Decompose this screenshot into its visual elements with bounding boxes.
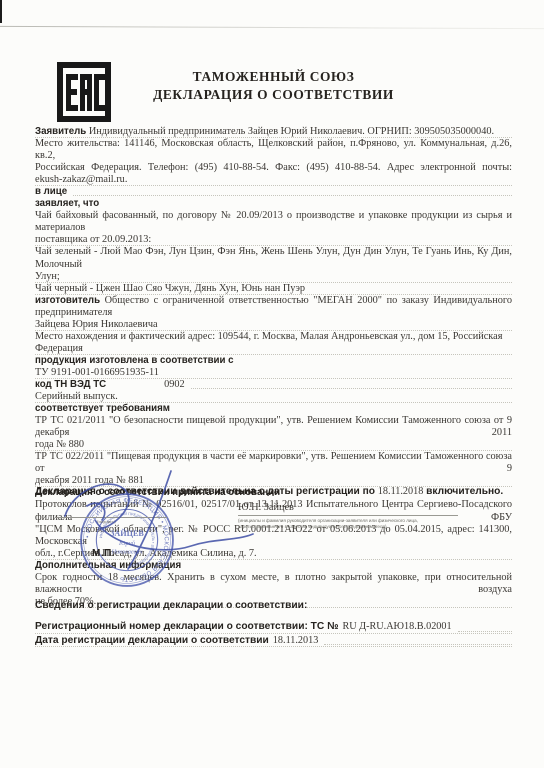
applicant-label: Заявитель [35, 126, 86, 137]
tr2-line: ТР ТС 022/2011 "Пищевая продукция в част… [35, 451, 512, 475]
tu-row: ТУ 9191-001-0166951935-11 [35, 367, 512, 379]
tr1-paragraph: ТР ТС 021/2011 "О безопасности пищевой п… [35, 415, 512, 451]
round-stamp: • РОССИЙСКАЯ ФЕДЕРАЦИЯ • МОСКОВСКАЯ ОБЛА… [78, 491, 176, 589]
dotted-fill-line [458, 631, 512, 632]
residence-paragraph: Место жительства: 141146, Московская обл… [35, 138, 512, 186]
manufacturer-label: изготовитель [35, 295, 100, 306]
stamp-center-surname: ЗАЙЦЕВ [110, 529, 144, 538]
black-tea-row: Чай черный - Цжен Шао Сяо Чжун, Дянь Хун… [35, 283, 512, 295]
location-row: Место нахождения и фактический адрес: 10… [35, 331, 512, 355]
signatory-name: Ю.Н. Зайцев [238, 502, 458, 513]
product-line: Чай байховый фасованный, по договору № 2… [35, 210, 512, 234]
document-title: ТАМОЖЕННЫЙ СОЮЗ ДЕКЛАРАЦИЯ О СООТВЕТСТВИ… [35, 68, 512, 103]
serial-row: Серийный выпуск. [35, 391, 512, 403]
declares-label: заявляет, что [35, 198, 99, 209]
manufacturer-line: изготовитель Общество с ограниченной отв… [35, 295, 512, 319]
signatory-block: Ю.Н. Зайцев (инициалы и фамилия руководи… [238, 502, 458, 529]
conforms-label: соответствует требованиям [35, 403, 170, 414]
title-line-declaration: ДЕКЛАРАЦИЯ О СООТВЕТСТВИИ [35, 86, 512, 104]
tr1-line: года № 880 [35, 439, 512, 451]
dotted-fill-line [73, 195, 512, 196]
scan-artifact-corner [0, 0, 2, 23]
black-tea-value: Чай черный - Цжен Шао Сяо Чжун, Дянь Хун… [35, 283, 305, 294]
manufacturer-paragraph: изготовитель Общество с ограниченной отв… [35, 295, 512, 331]
residence-line: Российская Федерация. Телефон: (495) 410… [35, 162, 512, 174]
tr1-line: ТР ТС 021/2011 "О безопасности пищевой п… [35, 415, 512, 439]
tnved-code: 0902 [164, 379, 185, 391]
tnved-row: код ТН ВЭД ТС 0902 [35, 379, 512, 391]
residence-line: ekush-zakaz@mail.ru. [35, 174, 512, 186]
registration-heading: Сведения о регистрации декларации о соот… [35, 600, 512, 611]
scan-artifact-edge [0, 26, 544, 29]
validity-date: 18.11.2018 [378, 486, 423, 497]
made-according-label: продукция изготовлена в соответствии с [35, 355, 234, 366]
registration-date-row: Дата регистрации декларации о соответств… [35, 634, 512, 648]
signature-zone: • РОССИЙСКАЯ ФЕДЕРАЦИЯ • МОСКОВСКАЯ ОБЛА… [0, 498, 544, 598]
title-line-customs-union: ТАМОЖЕННЫЙ СОЮЗ [35, 68, 512, 86]
registration-date-label: Дата регистрации декларации о соответств… [35, 634, 269, 648]
tu-value: ТУ 9191-001-0166951935-11 [35, 367, 159, 378]
conforms-row: соответствует требованиям [35, 403, 512, 415]
stamp-center-patronymic: Николаевич [110, 548, 142, 555]
manufacturer-value: Общество с ограниченной ответственностью… [35, 295, 512, 318]
manufacturer-line: Зайцева Юрия Николаевича [35, 319, 512, 331]
registration-number-label: Регистрационный номер декларации о соотв… [35, 620, 338, 634]
tr2-paragraph: ТР ТС 022/2011 "Пищевая продукция в част… [35, 451, 512, 487]
green-tea-line: Чай зеленый - Люй Мао Фэн, Лун Цзин, Фэн… [35, 246, 512, 270]
applicant-value: Индивидуальный предприниматель Зайцев Юр… [89, 126, 494, 137]
green-tea-paragraph: Чай зеленый - Люй Мао Фэн, Лун Цзин, Фэн… [35, 246, 512, 282]
signature-caption: (подпись) [97, 519, 116, 524]
declares-row: заявляет, что [35, 198, 512, 210]
dotted-fill-line [324, 644, 512, 645]
stamp-place-label: М.П. [92, 548, 115, 559]
made-according-row: продукция изготовлена в соответствии с [35, 355, 512, 367]
in-person-label: в лице [35, 186, 67, 198]
registration-date-value: 18.11.2013 [273, 634, 318, 648]
tnved-label: код ТН ВЭД ТС [35, 379, 106, 391]
residence-line: Место жительства: 141146, Московская обл… [35, 138, 512, 162]
location-value: Место нахождения и фактический адрес: 10… [35, 331, 502, 354]
dotted-fill-line [191, 388, 512, 389]
registration-section: Сведения о регистрации декларации о соот… [35, 600, 512, 647]
in-person-row: в лице [35, 186, 512, 198]
signatory-caption: (инициалы и фамилия руководителя организ… [238, 518, 458, 529]
serial-value: Серийный выпуск. [35, 391, 118, 402]
registration-number-row: Регистрационный номер декларации о соотв… [35, 620, 512, 634]
product-line: поставщика от 20.09.2013: [35, 234, 512, 246]
validity-suffix: включительно. [426, 486, 503, 497]
signature-line [55, 517, 167, 518]
applicant-row: Заявитель Индивидуальный предприниматель… [35, 126, 512, 138]
stamp-center-firstname: Юрий [118, 540, 136, 547]
registration-number-value: RU Д-RU.АЮ18.В.02001 [342, 620, 451, 634]
declaration-document: ЕАС ТАМОЖЕННЫЙ СОЮЗ ДЕКЛАРАЦИЯ О СООТВЕТ… [0, 0, 544, 768]
product-paragraph: Чай байховый фасованный, по договору № 2… [35, 210, 512, 246]
signatory-line [238, 515, 458, 516]
green-tea-line: Улун; [35, 271, 512, 283]
